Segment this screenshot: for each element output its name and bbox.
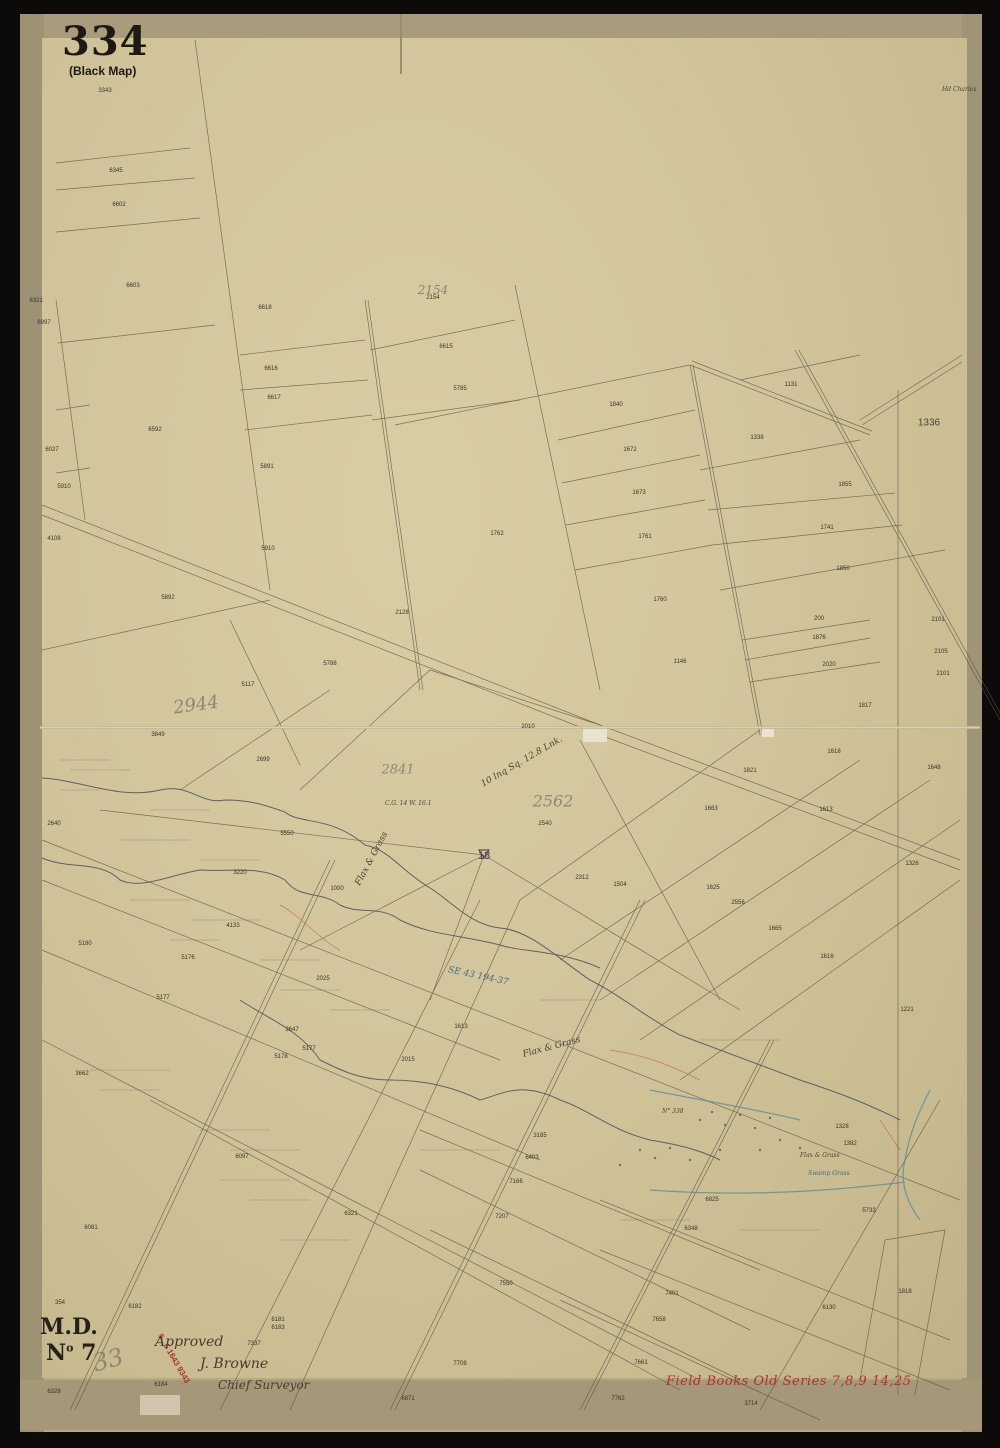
lot-number: 7550 bbox=[499, 1281, 512, 1287]
lot-number: 6871 bbox=[401, 1396, 414, 1402]
lot-number: 3343 bbox=[98, 88, 111, 94]
lot-number: 2105 bbox=[934, 649, 947, 655]
lot-number: 7658 bbox=[652, 1317, 665, 1323]
lot-number: 2540 bbox=[538, 821, 551, 827]
lot-number: 1665 bbox=[768, 926, 781, 932]
lot-number: 1821 bbox=[743, 768, 756, 774]
lot-number: 2101 bbox=[931, 617, 944, 623]
lot-number: 1613 bbox=[819, 807, 832, 813]
lot-number: 2128 bbox=[395, 610, 408, 616]
lot-number: 2699 bbox=[256, 757, 269, 763]
lot-number: 5176 bbox=[181, 955, 194, 961]
lot-number: 5550 bbox=[280, 831, 293, 837]
lot-number: 1741 bbox=[820, 525, 833, 531]
lot-number: 6181 bbox=[271, 1317, 284, 1323]
lot-number: 5117 bbox=[242, 682, 255, 688]
lot-number: 2154 bbox=[426, 295, 439, 301]
lot-number: 5785 bbox=[453, 386, 466, 392]
lot-number: 1673 bbox=[632, 490, 645, 496]
lot-number: 3849 bbox=[151, 732, 164, 738]
lot-number: 5892 bbox=[161, 595, 174, 601]
cg-reference: C.G. 14 W. 16.1 bbox=[385, 800, 432, 807]
lot-number: 1382 bbox=[843, 1141, 856, 1147]
nz-reference: N° 338 bbox=[662, 1108, 684, 1115]
lot-number: 1855 bbox=[838, 482, 851, 488]
lot-number: 1760 bbox=[653, 597, 666, 603]
lot-number: 6603 bbox=[126, 283, 139, 289]
lot-number: 6616 bbox=[264, 366, 277, 372]
lot-number: 6997 bbox=[37, 320, 50, 326]
lot-number: 1618 bbox=[827, 749, 840, 755]
lot-number: 3714 bbox=[744, 1401, 757, 1407]
lot-number: 6617 bbox=[267, 395, 280, 401]
lot-number: 2010 bbox=[521, 724, 534, 730]
fold-line-top bbox=[400, 14, 402, 74]
lot-number: 6348 bbox=[684, 1226, 697, 1232]
lot-number: 2556 bbox=[731, 900, 744, 906]
lot-number: 6081 bbox=[84, 1225, 97, 1231]
lot-number: 4133 bbox=[226, 923, 239, 929]
lot-number: 354 bbox=[55, 1300, 65, 1306]
district-label: M.D. bbox=[40, 1316, 98, 1338]
lot-number: 2020 bbox=[822, 662, 835, 668]
lot-number: 6027 bbox=[45, 447, 58, 453]
lot-number: 6345 bbox=[109, 168, 122, 174]
lot-number: 2015 bbox=[401, 1057, 414, 1063]
lot-number: 2640 bbox=[47, 821, 60, 827]
lot-number: 1616 bbox=[820, 954, 833, 960]
lot-number: 1146 bbox=[674, 659, 687, 665]
lot-number: 5177 bbox=[156, 995, 169, 1001]
lot-number: 1817 bbox=[858, 703, 871, 709]
trig-station-label: 18 bbox=[478, 850, 490, 862]
lot-number: 1818 bbox=[898, 1289, 911, 1295]
approved-signature: Approved bbox=[155, 1334, 223, 1350]
lot-number: 6328 bbox=[47, 1389, 60, 1395]
lot-number: 6403 bbox=[525, 1155, 538, 1161]
chief-surveyor-signature: Chief Surveyor bbox=[218, 1378, 309, 1392]
survey-linework bbox=[0, 0, 1000, 1448]
pencil-lot-2841: 2841 bbox=[381, 763, 414, 778]
lot-number: 3220 bbox=[233, 870, 246, 876]
lot-number: 1504 bbox=[613, 882, 626, 888]
bush-note: Flax & Grass bbox=[800, 1152, 840, 1159]
field-books-note: Field Books Old Series 7,8,9 14,25 bbox=[666, 1374, 912, 1389]
lot-number: 6130 bbox=[822, 1305, 835, 1311]
lot-number: 1328 bbox=[835, 1124, 848, 1130]
lot-number: 2312 bbox=[575, 875, 588, 881]
lot-number: 1131 bbox=[785, 382, 798, 388]
lot-number: 5788 bbox=[323, 661, 336, 667]
surveyor-signature: J. Browne bbox=[200, 1356, 268, 1372]
lot-number: 4108 bbox=[47, 536, 60, 542]
lot-number: 1876 bbox=[812, 635, 825, 641]
lot-number: 1850 bbox=[836, 566, 849, 572]
lot-number: 1762 bbox=[490, 531, 503, 537]
lot-number: 5733 bbox=[862, 1208, 875, 1214]
lot-number: 5178 bbox=[274, 1054, 287, 1060]
lot-number: 6184 bbox=[154, 1382, 167, 1388]
lot-number: 7762 bbox=[611, 1396, 624, 1402]
lot-number: 5910 bbox=[261, 546, 274, 552]
lot-number: 6183 bbox=[271, 1325, 284, 1331]
lot-number: 1840 bbox=[609, 402, 622, 408]
lot-number: 1663 bbox=[704, 806, 717, 812]
lot-number: 7708 bbox=[453, 1361, 466, 1367]
lot-number: 1613 bbox=[454, 1024, 467, 1030]
lot-number: 3662 bbox=[75, 1071, 88, 1077]
lot-number: 6592 bbox=[148, 427, 161, 433]
lot-number: 7166 bbox=[509, 1179, 522, 1185]
sheet-subtitle: (Black Map) bbox=[69, 64, 136, 78]
lot-number: 1326 bbox=[905, 861, 918, 867]
lot-number: 6097 bbox=[235, 1154, 248, 1160]
lot-number: 6615 bbox=[439, 344, 452, 350]
pencil-lot-2562: 2562 bbox=[533, 792, 574, 811]
lot-number: 6618 bbox=[258, 305, 271, 311]
lot-number: 1672 bbox=[623, 447, 636, 453]
sheet-number: 334 bbox=[62, 22, 149, 62]
lot-number: 5180 bbox=[78, 941, 91, 947]
lot-number: 200 bbox=[814, 616, 824, 622]
lot-number: 2101 bbox=[936, 671, 949, 677]
lot-number: 1221 bbox=[900, 1007, 913, 1013]
lot-number: 1761 bbox=[638, 534, 651, 540]
lot-number: 7401 bbox=[665, 1291, 678, 1297]
lot-number: 7207 bbox=[495, 1214, 508, 1220]
lot-number: 5910 bbox=[57, 484, 70, 490]
lot-number: 6825 bbox=[705, 1197, 718, 1203]
lot-number: 5177 bbox=[302, 1046, 315, 1052]
lot-number: 3185 bbox=[533, 1133, 546, 1139]
lot-number: 1648 bbox=[927, 765, 940, 771]
lot-number: 6602 bbox=[112, 202, 125, 208]
lot-number: 6321 bbox=[29, 298, 42, 304]
lot-number: 6182 bbox=[128, 1304, 141, 1310]
lot-number: 5891 bbox=[260, 464, 273, 470]
lot-number: 1000 bbox=[330, 886, 343, 892]
lot-number: 2647 bbox=[285, 1027, 298, 1033]
lot-number: 7661 bbox=[634, 1360, 647, 1366]
swamp-note: Swamp Grass bbox=[808, 1170, 850, 1177]
fold-line bbox=[40, 726, 980, 729]
lot-number: 2025 bbox=[316, 976, 329, 982]
lot-number: 6321 bbox=[344, 1211, 357, 1217]
lot-number: 1625 bbox=[706, 885, 719, 891]
top-right-note: Hd Charles bbox=[942, 86, 976, 93]
district-number: No 7 bbox=[46, 1342, 96, 1364]
lot-number: 7337 bbox=[247, 1341, 260, 1347]
lot-number: 1336 bbox=[918, 418, 940, 429]
lot-number: 1338 bbox=[750, 435, 763, 441]
